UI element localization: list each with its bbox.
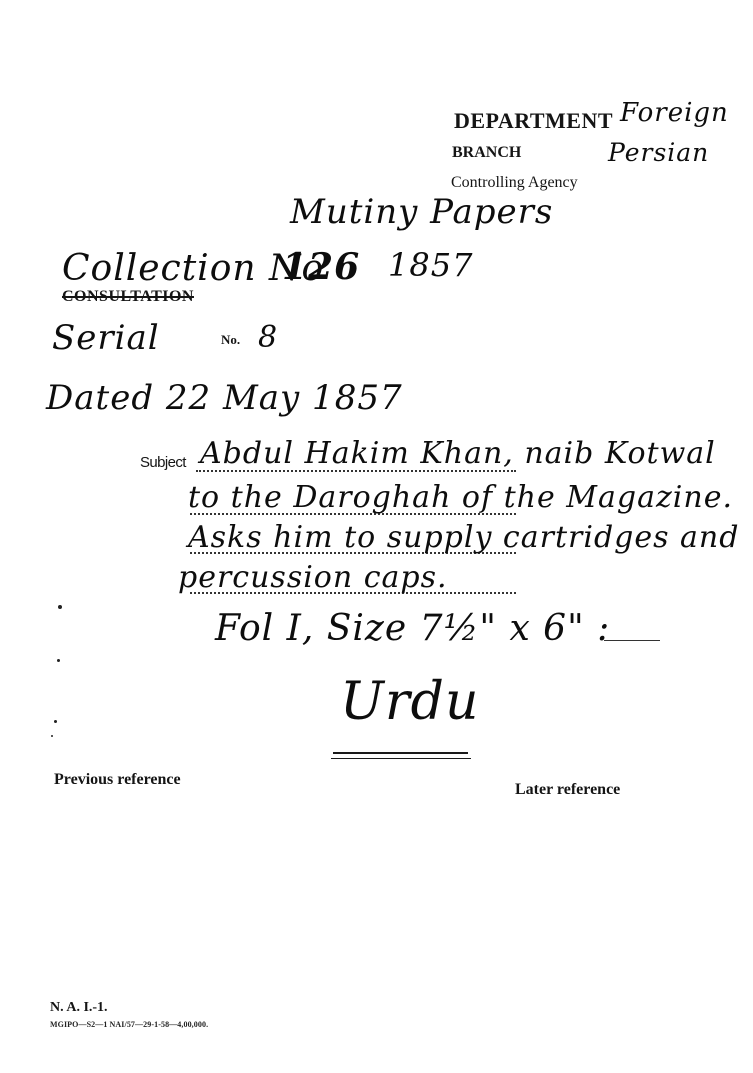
folio-size: Fol I, Size 7½" x 6" :	[215, 608, 610, 649]
department-value: Foreign	[620, 98, 729, 128]
scan-speck	[51, 735, 53, 737]
serial-value: 8	[258, 320, 278, 355]
branch-value: Persian	[608, 138, 709, 167]
controlling-agency-label: Controlling Agency	[451, 174, 578, 192]
collection-number: 126	[282, 246, 360, 288]
subject-label: Subject	[140, 454, 186, 471]
later-reference-label: Later reference	[515, 781, 620, 799]
language-underline-1	[333, 752, 468, 754]
subject-line-1: Abdul Hakim Khan, naib Kotwal	[200, 436, 716, 471]
serial-no-label: No.	[221, 332, 240, 348]
scan-speck	[58, 605, 62, 609]
serial-label: Serial	[52, 318, 160, 358]
print-code: MGIPO—S2—1 NAI/57—29-1-58—4,00,000.	[50, 1020, 208, 1029]
consultation-label-struck: CONSULTATION	[62, 288, 194, 306]
branch-label: BRANCH	[452, 144, 521, 162]
department-label: DEPARTMENT	[454, 108, 613, 134]
scan-speck	[57, 659, 60, 662]
dated-text: Dated 22 May 1857	[46, 378, 403, 418]
collection-title: Mutiny Papers	[290, 192, 553, 232]
previous-reference-label: Previous reference	[54, 771, 181, 789]
scan-speck	[54, 720, 57, 723]
language-value: Urdu	[340, 672, 479, 732]
collection-year: 1857	[388, 246, 473, 284]
language-underline-2	[331, 758, 471, 759]
folio-dash	[604, 640, 660, 641]
subject-line-2: to the Daroghah of the Magazine.	[188, 480, 733, 515]
subject-line-4: percussion caps.	[178, 560, 448, 595]
subject-line-3: Asks him to supply cartridges and	[188, 520, 739, 555]
form-id: N. A. I.-1.	[50, 1000, 108, 1016]
